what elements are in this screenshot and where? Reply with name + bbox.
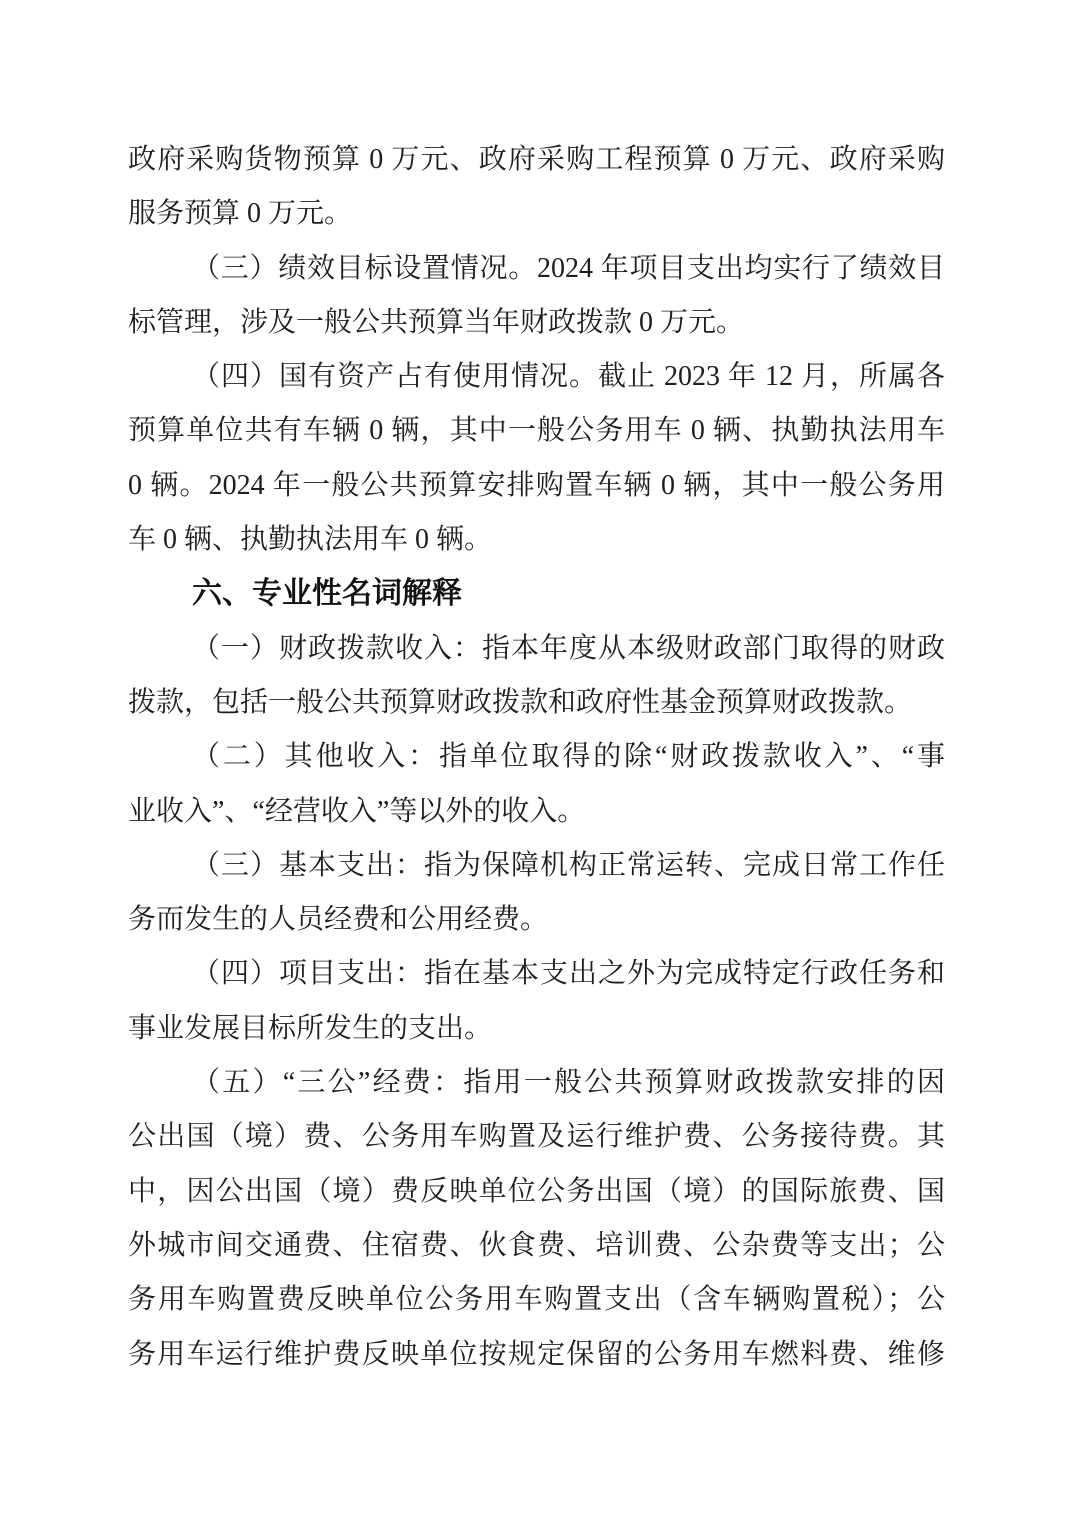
text-line: （一）财政拨款收入：指本年度从本级财政部门取得的财政: [128, 622, 945, 676]
text-line: 标管理，涉及一般公共预算当年财政拨款 0 万元。: [128, 296, 945, 350]
text-line: 事业发展目标所发生的支出。: [128, 1002, 945, 1056]
text-line: 公出国（境）费、公务用车购置及运行维护费、公务接待费。其: [128, 1110, 945, 1164]
text-line: 务用车运行维护费反映单位按规定保留的公务用车燃料费、维修: [128, 1328, 945, 1382]
text-line: （五）“三公”经费：指用一般公共预算财政拨款安排的因: [128, 1056, 945, 1110]
text-line: 中，因公出国（境）费反映单位公务出国（境）的国际旅费、国: [128, 1165, 945, 1219]
text-line: 服务预算 0 万元。: [128, 187, 945, 241]
document-body: 政府采购货物预算 0 万元、政府采购工程预算 0 万元、政府采购服务预算 0 万…: [128, 133, 945, 1382]
text-line: （四）国有资产占有使用情况。截止 2023 年 12 月，所属各: [128, 350, 945, 404]
text-line: （三）绩效目标设置情况。2024 年项目支出均实行了绩效目: [128, 242, 945, 296]
text-line: 政府采购货物预算 0 万元、政府采购工程预算 0 万元、政府采购: [128, 133, 945, 187]
text-line: 预算单位共有车辆 0 辆，其中一般公务用车 0 辆、执勤执法用车: [128, 404, 945, 458]
document-page: 政府采购货物预算 0 万元、政府采购工程预算 0 万元、政府采购服务预算 0 万…: [0, 0, 1074, 1520]
text-line: （三）基本支出：指为保障机构正常运转、完成日常工作任: [128, 839, 945, 893]
text-line: （四）项目支出：指在基本支出之外为完成特定行政任务和: [128, 947, 945, 1001]
text-line: 务而发生的人员经费和公用经费。: [128, 893, 945, 947]
section-heading: 六、专业性名词解释: [128, 567, 945, 621]
text-line: 业收入”、“经营收入”等以外的收入。: [128, 785, 945, 839]
text-line: 0 辆。2024 年一般公共预算安排购置车辆 0 辆，其中一般公务用: [128, 459, 945, 513]
text-line: 外城市间交通费、住宿费、伙食费、培训费、公杂费等支出；公: [128, 1219, 945, 1273]
text-line: 拨款，包括一般公共预算财政拨款和政府性基金预算财政拨款。: [128, 676, 945, 730]
text-line: 务用车购置费反映单位公务用车购置支出（含车辆购置税）；公: [128, 1273, 945, 1327]
text-line: 车 0 辆、执勤执法用车 0 辆。: [128, 513, 945, 567]
text-line: （二）其他收入：指单位取得的除“财政拨款收入”、“事: [128, 730, 945, 784]
